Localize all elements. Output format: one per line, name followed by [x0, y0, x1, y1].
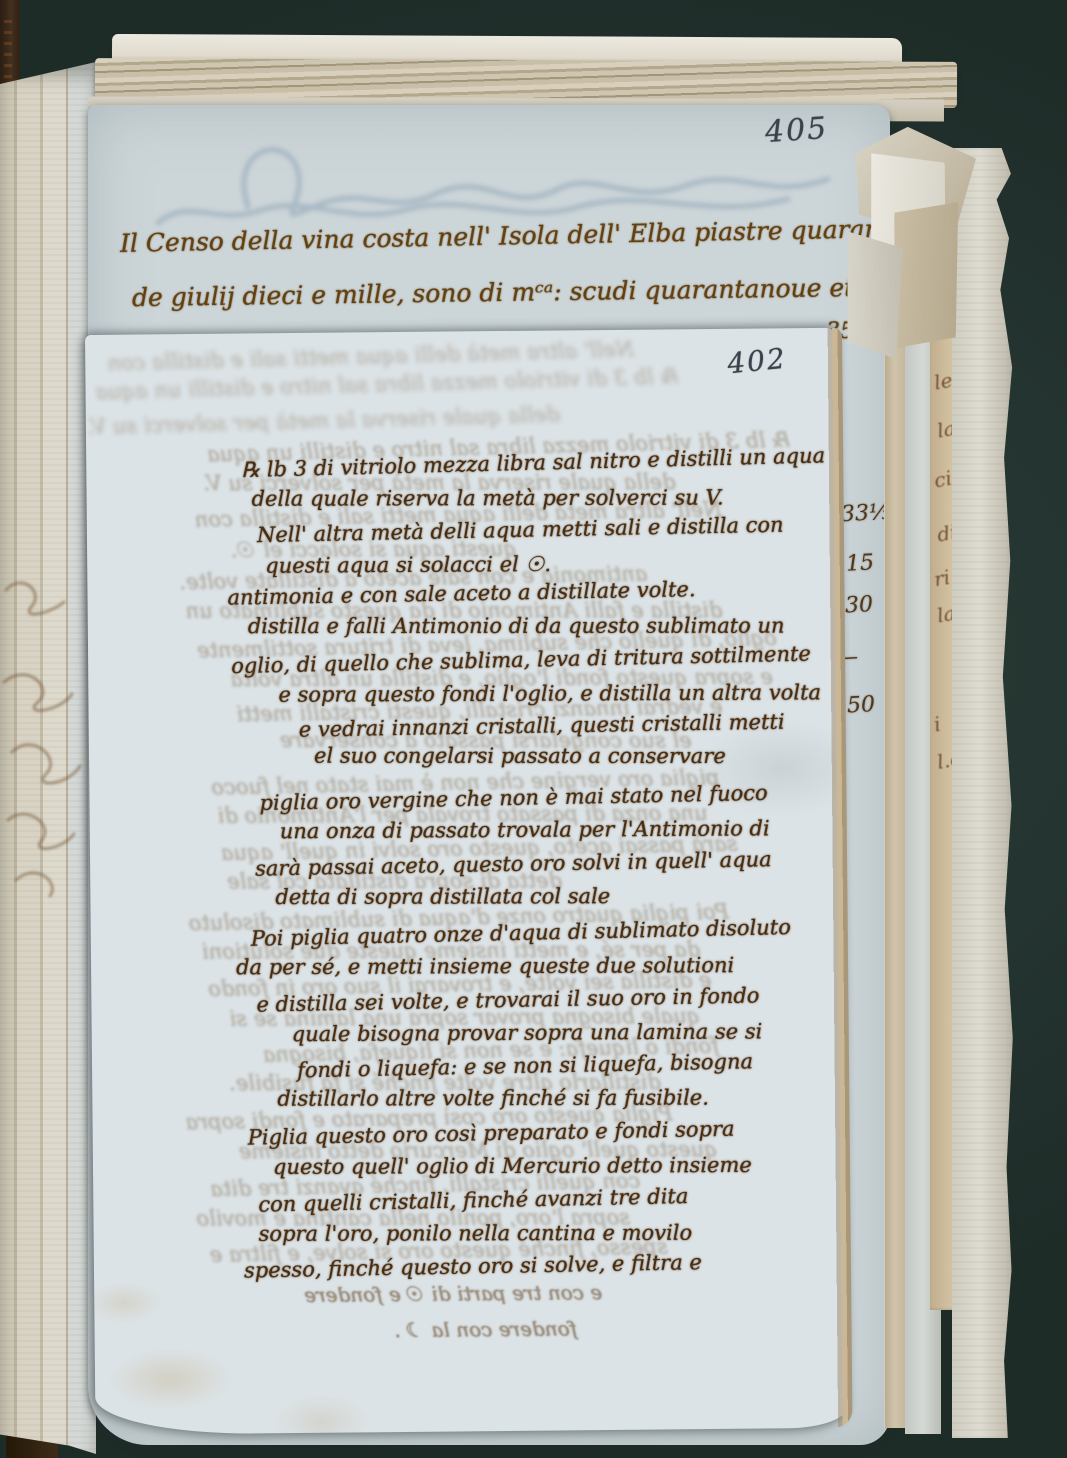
bleedthrough-line-2: fondere con la ☽ . [394, 1316, 577, 1342]
right-outer-deckle-edge [952, 148, 1014, 1438]
body-line-ghost: della quale riserva la metà per solverci… [88, 402, 561, 439]
body-line: el suo congelarsi passato a conservare [314, 744, 726, 768]
edge-writing-fragment: i [932, 712, 942, 737]
left-page-edges [0, 62, 96, 1454]
page-402: 402 ℞ lb 3 di vitriolo mezza libra sal n… [85, 328, 849, 1435]
edge-writing-fragment: ri [932, 565, 952, 591]
margin-figure-2: 15 [845, 550, 874, 576]
left-edge-writing-fragments [2, 562, 92, 902]
manuscript-body-text: ℞ lb 3 di vitriolo mezza libra sal nitro… [85, 328, 849, 1435]
bleedthrough-line-1: e con tre parti di ☉ e fondere [304, 1280, 602, 1307]
manuscript-photo: 405 Il Censo della vina costa nell' Isol… [0, 0, 1067, 1458]
